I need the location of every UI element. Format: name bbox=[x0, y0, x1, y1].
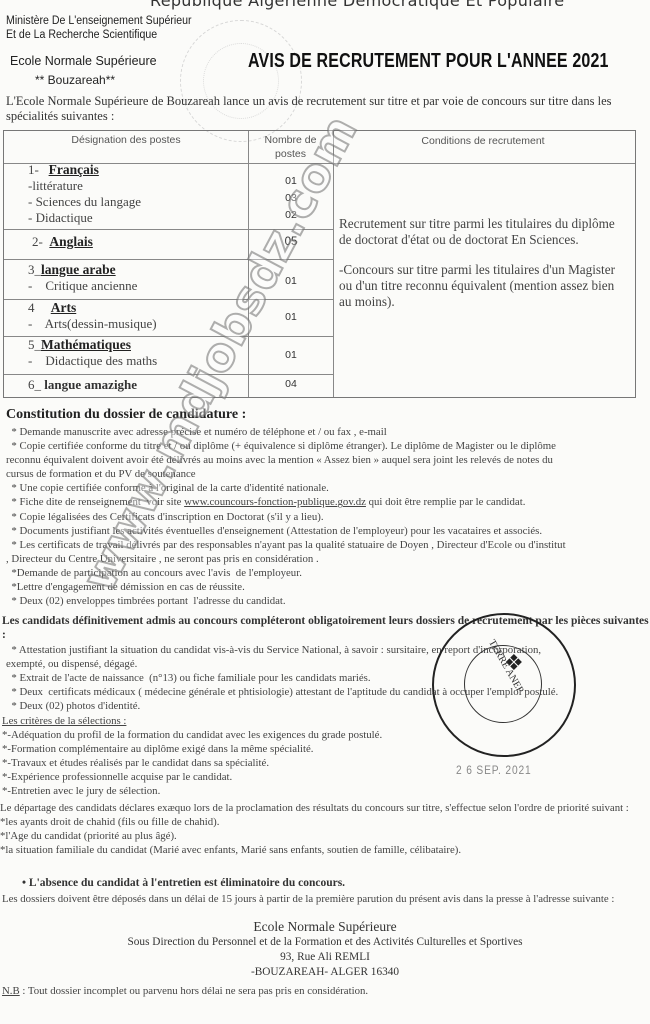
dossier-item-fiche: * Fiche dite de renseignement voir site … bbox=[6, 495, 650, 509]
dossier-item: * Demande manuscrite avec adresse précis… bbox=[6, 425, 650, 439]
row-count: 04 bbox=[249, 378, 333, 390]
criteria-item: *-Adéquation du profil de la formation d… bbox=[2, 728, 502, 742]
ministry-line-1: Ministère De L'enseignement Supérieur bbox=[6, 14, 192, 28]
dossier-item: reconnu équivalent doivent avoir été dél… bbox=[6, 453, 650, 467]
page-title: AVIS DE RECRUTEMENT POUR L'ANNEE 2021 bbox=[248, 50, 609, 73]
address-line: Ecole Normale Supérieure bbox=[0, 918, 650, 935]
dossier-item: * Deux (02) enveloppes timbrées portant … bbox=[6, 594, 650, 608]
dossier-item: cursus de formation et du PV de soutenan… bbox=[6, 467, 650, 481]
nb-text: : Tout dossier incomplet ou parvenu hors… bbox=[20, 985, 368, 997]
table-row: 6_ langue amazighe bbox=[28, 377, 137, 393]
ministry-line-2: Et de La Recherche Scientifique bbox=[6, 28, 192, 42]
header-designation: Désignation des postes bbox=[4, 133, 248, 147]
school-location: ** Bouzareah** bbox=[35, 73, 115, 87]
row-number: 3_ bbox=[28, 262, 41, 277]
ministry-block: Ministère De L'enseignement Supérieur Et… bbox=[6, 14, 192, 42]
table-row: 5_Mathématiques - Didactique des maths bbox=[28, 337, 157, 369]
address-line: Sous Direction du Personnel et de la For… bbox=[0, 935, 650, 950]
address-line: -BOUZAREAH- ALGER 16340 bbox=[0, 965, 650, 980]
row-title: langue amazighe bbox=[44, 377, 137, 392]
fiche-text: qui doit être remplie par le candidat. bbox=[366, 496, 526, 508]
row-title: langue arabe bbox=[41, 262, 116, 277]
dossier-item: * Copie certifiée conforme du titre et /… bbox=[6, 439, 650, 453]
republic-header: République Algérienne Démocratique Et Po… bbox=[150, 0, 564, 10]
row-number: 1- bbox=[28, 162, 39, 177]
table-row: 2- Anglais bbox=[32, 234, 93, 250]
row-number: 6_ bbox=[28, 377, 41, 392]
criteria-item: *-Entretien avec le jury de sélection. bbox=[2, 784, 502, 798]
school-name: Ecole Normale Supérieure bbox=[10, 54, 157, 68]
dossier-item: * Une copie certifiée conforme à l'origi… bbox=[6, 481, 650, 495]
tiebreak-section: Le départage des candidats déclares exæq… bbox=[0, 801, 650, 857]
row-title: Mathématiques bbox=[41, 337, 131, 352]
row-title: Anglais bbox=[49, 234, 93, 249]
deposit-instructions: Les dossiers doivent être déposés dans u… bbox=[2, 892, 642, 906]
row-sub-item: -littérature bbox=[28, 178, 141, 194]
absence-notice: • L'absence du candidat à l'entretien es… bbox=[22, 877, 345, 889]
nb-label: N.B bbox=[2, 985, 20, 997]
row-sub-item: - Didactique bbox=[28, 210, 141, 226]
table-row: 3_langue arabe - Critique ancienne bbox=[28, 262, 137, 294]
row-title: Arts bbox=[51, 300, 77, 315]
criteria-item: *-Formation complémentaire au diplôme ex… bbox=[2, 742, 502, 756]
row-number: 4 bbox=[28, 300, 35, 315]
row-number: 2- bbox=[32, 234, 43, 249]
row-sub-item: - Critique ancienne bbox=[28, 278, 137, 294]
row-sub-item: - Arts(dessin-musique) bbox=[28, 316, 157, 332]
concours-website-link[interactable]: www.councours-fonction-publique.gov.dz bbox=[184, 496, 366, 508]
address-block: Ecole Normale Supérieure Sous Direction … bbox=[0, 918, 650, 980]
tiebreak-item: *la situation familiale du candidat (Mar… bbox=[0, 843, 650, 857]
criteria-item: *-Expérience professionnelle acquise par… bbox=[2, 770, 502, 784]
table-row: 4 Arts - Arts(dessin-musique) bbox=[28, 300, 157, 332]
row-sub-item: - Sciences du langage bbox=[28, 194, 141, 210]
official-stamp: ❖ TERRE ANEP bbox=[432, 613, 576, 757]
criteria-heading: Les critères de la sélections : bbox=[2, 714, 502, 728]
tiebreak-item: *l'Age du candidat (priorité au plus âgé… bbox=[0, 829, 650, 843]
selection-criteria: Les critères de la sélections : *-Adéqua… bbox=[2, 714, 502, 799]
date-stamp: 2 6 SEP. 2021 bbox=[456, 763, 532, 777]
row-sub-item: - Didactique des maths bbox=[28, 353, 157, 369]
criteria-item: *-Travaux et études réalisés par le cand… bbox=[2, 756, 502, 770]
row-subs: -littérature - Sciences du langage - Did… bbox=[28, 178, 141, 226]
row-count: 01 bbox=[249, 349, 333, 361]
condition-doctorat: Recrutement sur titre parmi les titulair… bbox=[339, 216, 629, 248]
row-number: 5_ bbox=[28, 337, 41, 352]
recruitment-conditions: Recrutement sur titre parmi les titulair… bbox=[339, 216, 629, 324]
condition-magister: -Concours sur titre parmi les titulaires… bbox=[339, 262, 629, 310]
table-row: 1- Français bbox=[28, 162, 99, 178]
tiebreak-intro: Le départage des candidats déclares exæq… bbox=[0, 801, 650, 815]
row-divider bbox=[4, 374, 333, 375]
address-line: 93, Rue Ali REMLI bbox=[0, 950, 650, 965]
row-title: Français bbox=[49, 162, 99, 177]
header-conditions: Conditions de recrutement bbox=[333, 134, 633, 148]
nb-note: N.B : Tout dossier incomplet ou parvenu … bbox=[2, 984, 368, 998]
tiebreak-item: *les ayants droit de chahid (fils ou fil… bbox=[0, 815, 650, 829]
